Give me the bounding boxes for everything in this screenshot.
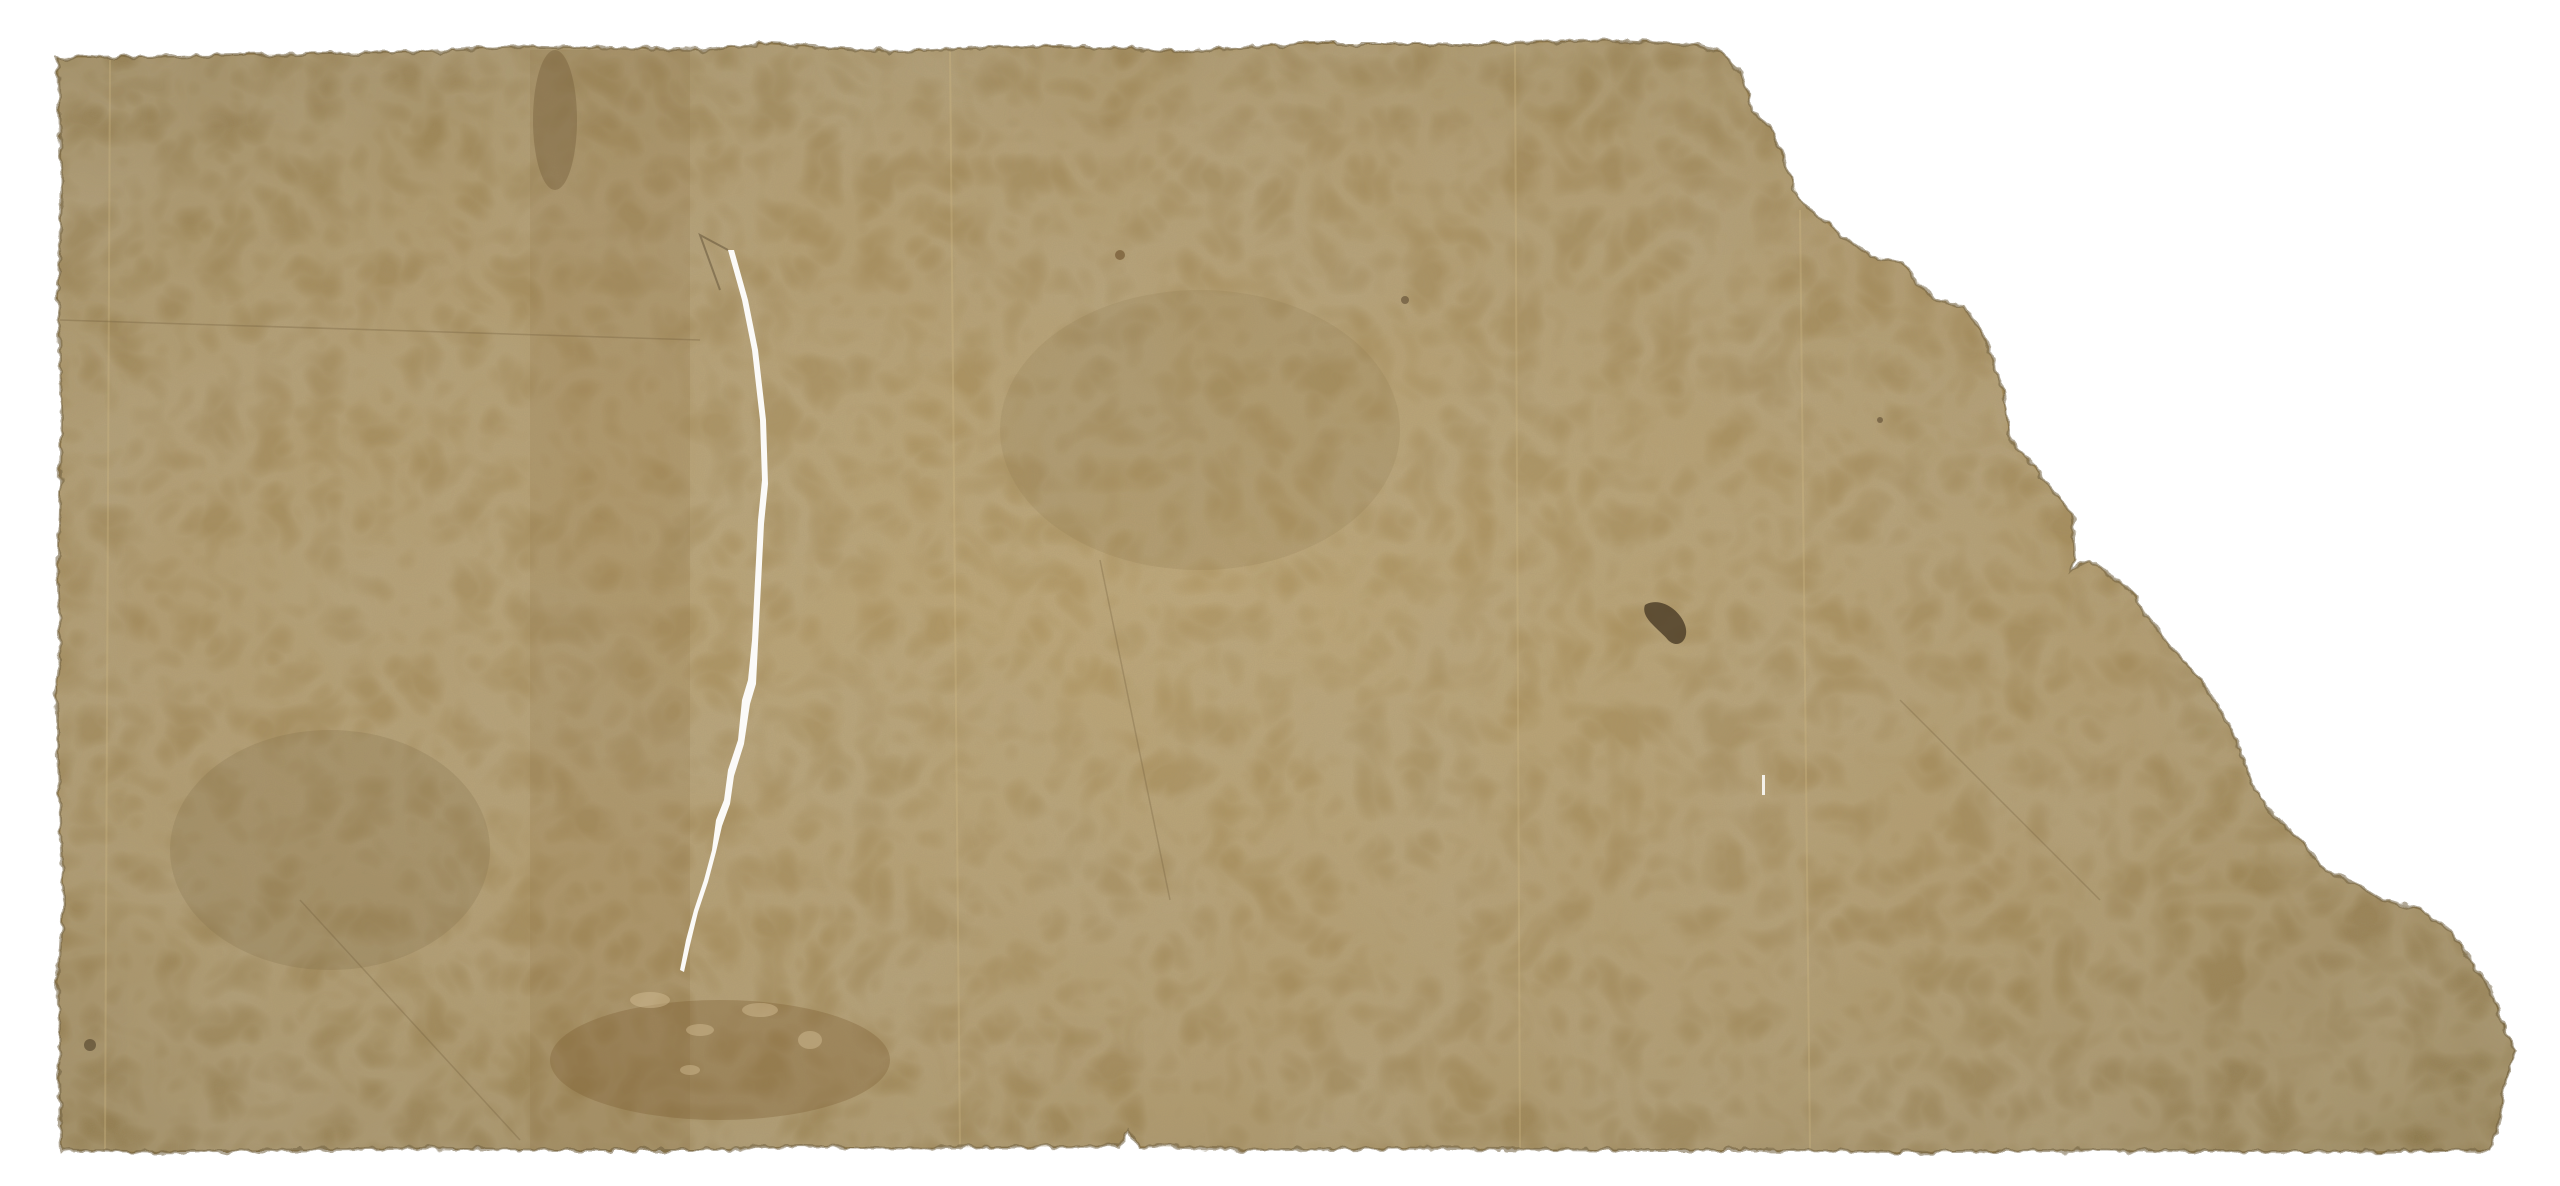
stain-band	[530, 50, 690, 1150]
left-shadow	[170, 730, 490, 970]
mid-stain	[1000, 290, 1400, 570]
paper-texture	[0, 0, 2560, 1186]
top-stain	[533, 50, 577, 190]
scanned-paper-fragment	[0, 0, 2560, 1186]
water-stain	[550, 1000, 890, 1120]
